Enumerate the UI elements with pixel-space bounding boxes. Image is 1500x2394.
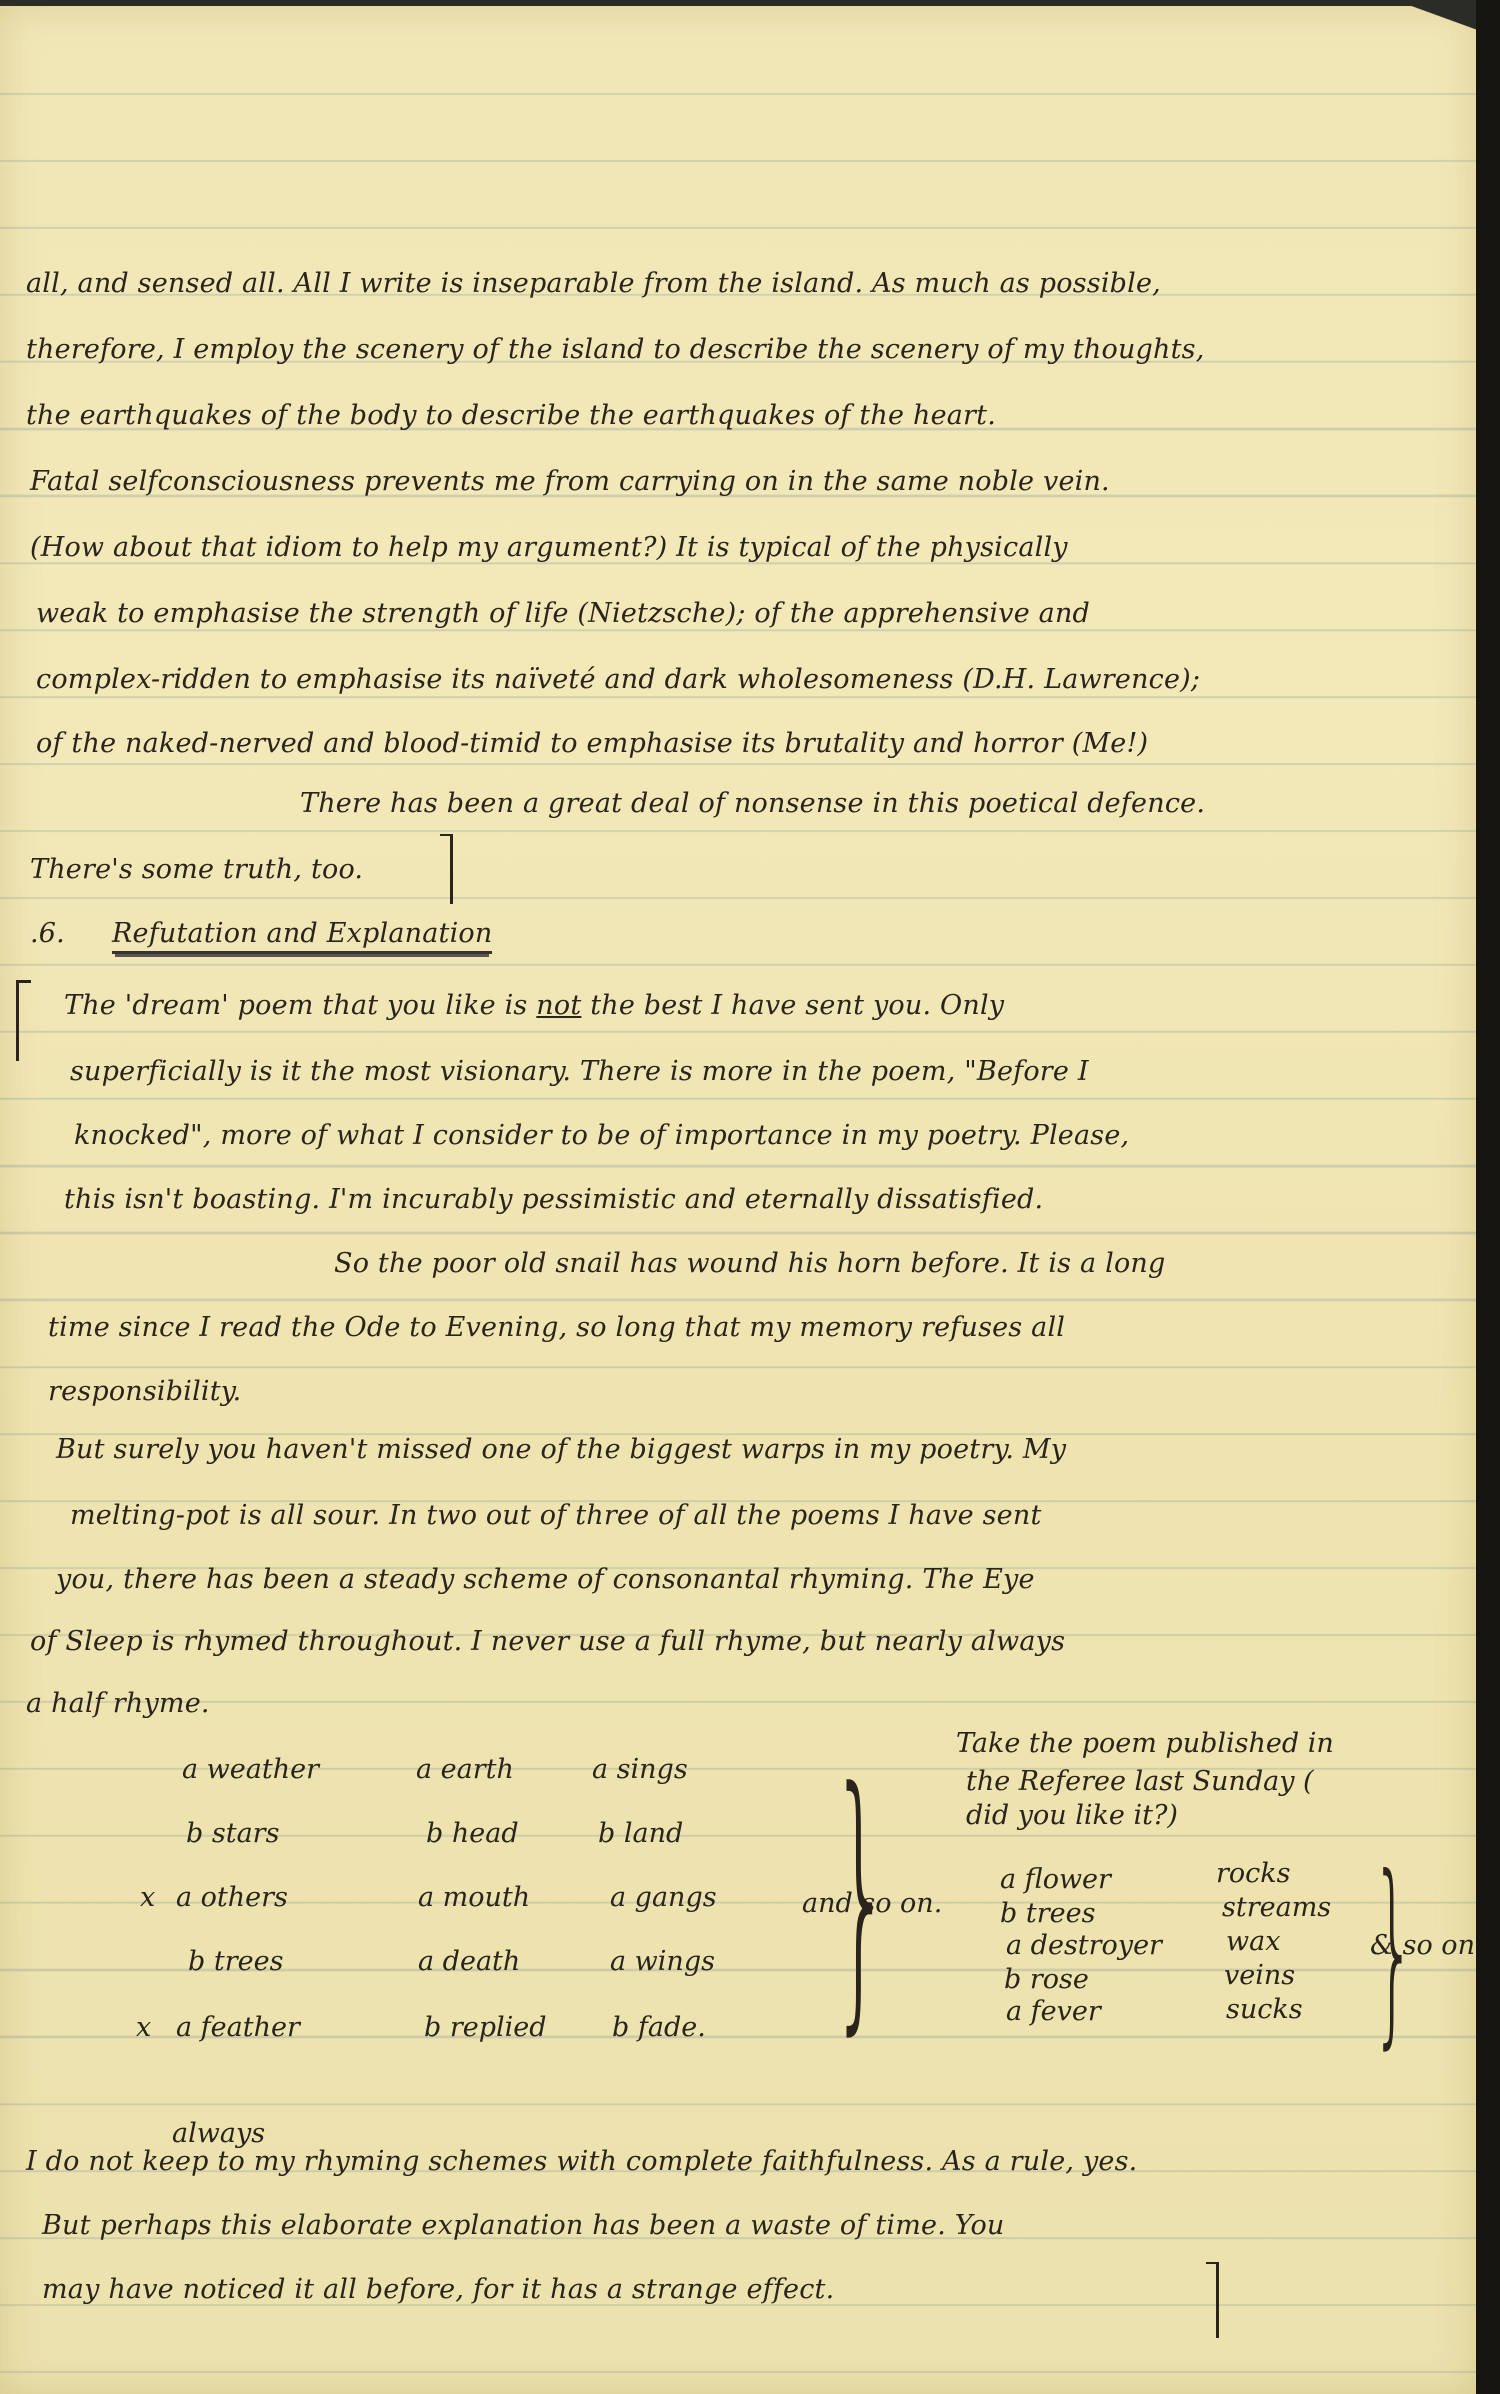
rhyme-cell: a others (176, 1882, 288, 1913)
rhyme-cell: a sings (592, 1754, 688, 1785)
torn-corner (1386, 0, 1476, 40)
rhyme-suffix: & so on. (1370, 1930, 1484, 1961)
rhyme-cell: sucks (1226, 1994, 1303, 2025)
rhyme-cell: b fade. (612, 2012, 706, 2043)
text-line: So the poor old snail has wound his horn… (334, 1248, 1165, 1279)
text-line: But surely you haven't missed one of the… (56, 1434, 1066, 1465)
rhyme-cell: rocks (1216, 1858, 1291, 1889)
text-line: Fatal selfconsciousness prevents me from… (30, 466, 1110, 497)
underlined-word: not (536, 990, 581, 1021)
text-line: melting-pot is all sour. In two out of t… (70, 1500, 1042, 1531)
text-line: (How about that idiom to help my argumen… (30, 532, 1068, 563)
side-note-line: Take the poem published in (956, 1728, 1334, 1759)
rhyme-cell: a gangs (610, 1882, 717, 1913)
text-line: But perhaps this elaborate explanation h… (42, 2210, 1005, 2241)
rhyme-cell: b rose (1004, 1964, 1089, 1995)
rhyme-cell: wax (1226, 1926, 1280, 1957)
text-line: knocked", more of what I consider to be … (74, 1120, 1129, 1151)
rhyme-cell: a fever (1006, 1996, 1101, 2027)
rhyme-cell: a weather (182, 1754, 319, 1785)
text-line: the earthquakes of the body to describe … (26, 400, 996, 431)
rhyme-cell: veins (1224, 1960, 1295, 1991)
rhyme-cell: b stars (186, 1818, 279, 1849)
text-line: this isn't boasting. I'm incurably pessi… (64, 1184, 1043, 1215)
text-line: There has been a great deal of nonsense … (300, 788, 1205, 819)
rhyme-cell: b land (598, 1818, 683, 1849)
rhyme-suffix: and so on. (802, 1888, 942, 1919)
section-number: .6. (30, 918, 65, 949)
rhyme-cell: a destroyer (1006, 1930, 1162, 1961)
rhyme-cell: a death (418, 1946, 520, 1977)
text-line: all, and sensed all. All I write is inse… (26, 268, 1161, 299)
rhyme-cell: b replied (424, 2012, 547, 2043)
text-line: complex-ridden to emphasise its naïveté … (36, 664, 1200, 695)
rhyme-cell: streams (1222, 1892, 1331, 1923)
rhyme-cell: a flower (1000, 1864, 1111, 1895)
section-title: Refutation and Explanation (112, 918, 492, 954)
text-line: time since I read the Ode to Evening, so… (48, 1312, 1065, 1343)
side-note-line: did you like it?) (966, 1800, 1178, 1831)
closing-bracket (440, 834, 453, 904)
rhyme-cell: a mouth (418, 1882, 530, 1913)
text-line: There's some truth, too. (30, 854, 363, 885)
opening-bracket (16, 980, 31, 1061)
page-edge-shadow (1476, 0, 1500, 2394)
text-line: therefore, I employ the scenery of the i… (26, 334, 1205, 365)
text-line: of Sleep is rhymed throughout. I never u… (30, 1626, 1065, 1657)
text-segment: The 'dream' poem that you like is (64, 990, 528, 1021)
rhyme-cell: b trees (1000, 1898, 1095, 1929)
rhyme-cell: a feather (176, 2012, 300, 2043)
rhyme-cell: b trees (188, 1946, 283, 1977)
text-line: superficially is it the most visionary. … (70, 1056, 1089, 1087)
text-line: I do not keep to my rhyming schemes with… (26, 2146, 1137, 2177)
rhyme-mark: x (136, 2012, 151, 2043)
text-line: a half rhyme. (26, 1688, 210, 1719)
rhyme-cell: a earth (416, 1754, 514, 1785)
text-line: The 'dream' poem that you like is not th… (64, 990, 1004, 1021)
closing-bracket (1206, 2262, 1219, 2338)
side-note-line: the Referee last Sunday ( (966, 1766, 1314, 1797)
text-line: weak to emphasise the strength of life (… (36, 598, 1090, 629)
text-line: may have noticed it all before, for it h… (42, 2274, 834, 2305)
rhyme-cell: a wings (610, 1946, 715, 1977)
insertion-word: always (172, 2118, 265, 2149)
rhyme-cell: b head (426, 1818, 519, 1849)
text-line: you, there has been a steady scheme of c… (56, 1564, 1035, 1595)
text-line: responsibility. (48, 1376, 241, 1407)
rhyme-mark: x (140, 1882, 155, 1913)
text-line: of the naked-nerved and blood-timid to e… (36, 728, 1148, 759)
text-segment: the best I have sent you. Only (590, 990, 1004, 1021)
letter-page: all, and sensed all. All I write is inse… (0, 6, 1476, 2394)
